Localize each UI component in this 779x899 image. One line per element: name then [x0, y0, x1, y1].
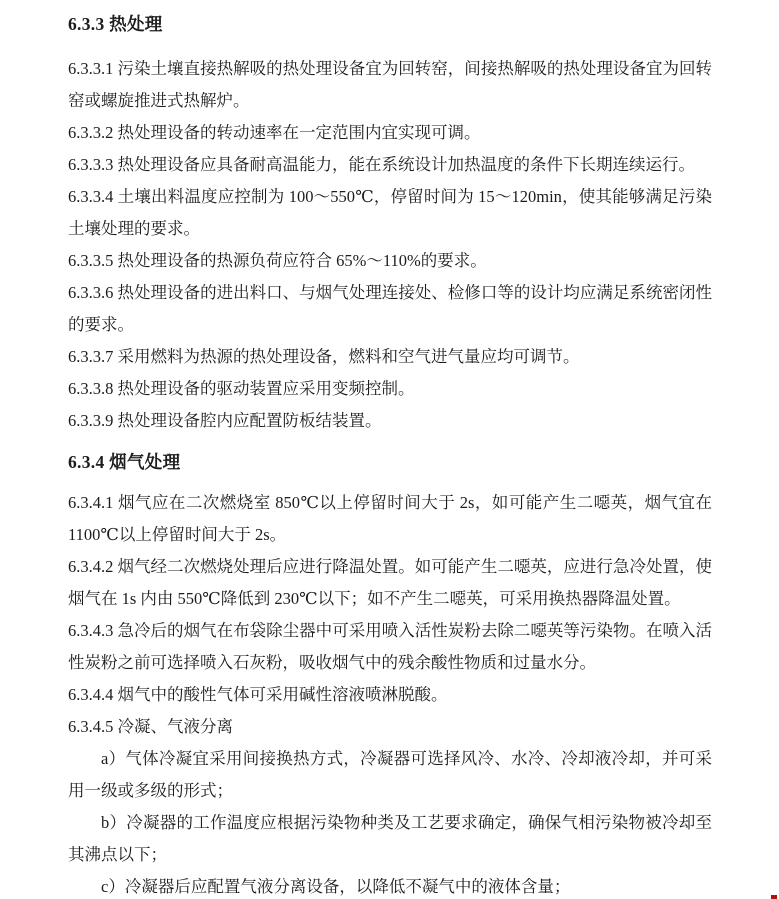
clause-paragraph: 6.3.4.4 烟气中的酸性气体可采用碱性溶液喷淋脱酸。 — [68, 679, 712, 711]
clause-paragraph: 6.3.3.4 土壤出料温度应控制为 100～550℃，停留时间为 15～120… — [68, 181, 712, 245]
clause-paragraph: 6.3.4.1 烟气应在二次燃烧室 850℃以上停留时间大于 2s，如可能产生二… — [68, 487, 712, 551]
clause-paragraph: 6.3.3.2 热处理设备的转动速率在一定范围内宜实现可调。 — [68, 117, 712, 149]
clause-paragraph: 6.3.3.1 污染土壤直接热解吸的热处理设备宜为回转窑，间接热解吸的热处理设备… — [68, 53, 712, 117]
section-flue-gas-treatment-clauses: 6.3.4.1 烟气应在二次燃烧室 850℃以上停留时间大于 2s，如可能产生二… — [68, 487, 712, 899]
clause-paragraph: 6.3.3.7 采用燃料为热源的热处理设备，燃料和空气进气量应均可调节。 — [68, 341, 712, 373]
clause-paragraph: 6.3.4.5 冷凝、气液分离 — [68, 711, 712, 743]
document-content: 6.3.3 热处理 6.3.3.1 污染土壤直接热解吸的热处理设备宜为回转窑，间… — [68, 0, 712, 899]
clause-paragraph: 6.3.4.2 烟气经二次燃烧处理后应进行降温处置。如可能产生二噁英，应进行急冷… — [68, 551, 712, 615]
clause-paragraph: 6.3.3.8 热处理设备的驱动装置应采用变频控制。 — [68, 373, 712, 405]
document-page: 6.3.3 热处理 6.3.3.1 污染土壤直接热解吸的热处理设备宜为回转窑，间… — [0, 0, 779, 899]
section-heading-heat-treatment: 6.3.3 热处理 — [68, 12, 712, 36]
clause-paragraph: 6.3.3.3 热处理设备应具备耐高温能力，能在系统设计加热温度的条件下长期连续… — [68, 149, 712, 181]
clause-subitem-c: c）冷凝器后应配置气液分离设备，以降低不凝气中的液体含量； — [68, 871, 712, 899]
red-corner-mark — [771, 895, 777, 899]
clause-paragraph: 6.3.4.3 急冷后的烟气在布袋除尘器中可采用喷入活性炭粉去除二噁英等污染物。… — [68, 615, 712, 679]
section-heading-flue-gas-treatment: 6.3.4 烟气处理 — [68, 450, 712, 474]
clause-paragraph: 6.3.3.9 热处理设备腔内应配置防板结装置。 — [68, 405, 712, 437]
clause-paragraph: 6.3.3.5 热处理设备的热源负荷应符合 65%～110%的要求。 — [68, 245, 712, 277]
clause-paragraph: 6.3.3.6 热处理设备的进出料口、与烟气处理连接处、检修口等的设计均应满足系… — [68, 277, 712, 341]
clause-subitem-b: b）冷凝器的工作温度应根据污染物种类及工艺要求确定，确保气相污染物被冷却至其沸点… — [68, 807, 712, 871]
clause-subitem-a: a）气体冷凝宜采用间接换热方式，冷凝器可选择风冷、水冷、冷却液冷却，并可采用一级… — [68, 743, 712, 807]
section-heat-treatment-clauses: 6.3.3.1 污染土壤直接热解吸的热处理设备宜为回转窑，间接热解吸的热处理设备… — [68, 53, 712, 437]
